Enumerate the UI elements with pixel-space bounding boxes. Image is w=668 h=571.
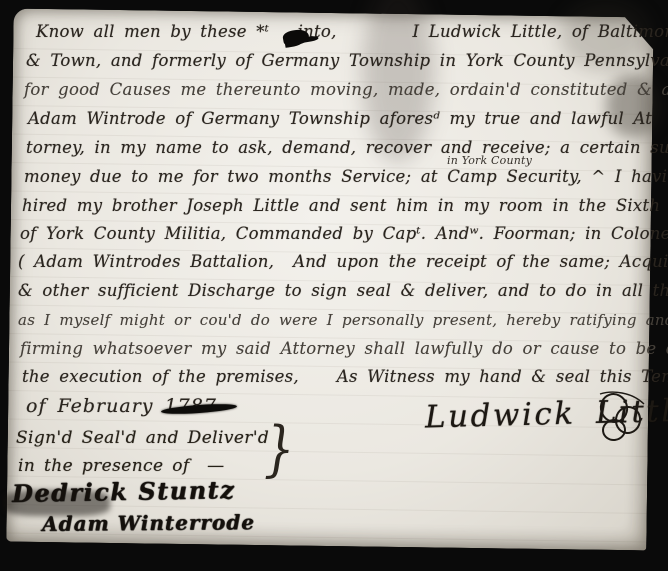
attestation-line: Sign'd Seal'd and Deliver'd: [16, 428, 269, 448]
witness-signature: Adam Winterrode: [42, 510, 255, 536]
manuscript-line: for good Causes me thereunto moving, mad…: [24, 80, 668, 99]
manuscript-line: Know all men by these *ᵗ into, I Ludwick…: [36, 22, 668, 41]
attestation-brace: }: [264, 414, 295, 484]
scanned-document-image: Know all men by these *ᵗ into, I Ludwick…: [0, 0, 668, 571]
manuscript-line: firming whatsoever my said Attorney shal…: [20, 339, 668, 358]
manuscript-line: & other sufficient Discharge to sign sea…: [18, 281, 668, 300]
manuscript-line: Adam Wintrode of Germany Township afores…: [28, 109, 652, 128]
manuscript-line: hired my brother Joseph Little and sent …: [22, 196, 668, 215]
manuscript-line: & Town, and formerly of Germany Township…: [26, 51, 668, 70]
manuscript-ink-layer: Know all men by these *ᵗ into, I Ludwick…: [0, 0, 668, 571]
manuscript-line: ( Adam Wintrodes Battalion, And upon the…: [18, 252, 668, 271]
manuscript-line: as I myself might or cou'd do were I per…: [18, 311, 668, 329]
manuscript-line: of York County Militia, Commanded by Cap…: [20, 224, 668, 243]
witness-signature: Dedrick Stuntz: [12, 475, 236, 508]
manuscript-line: the execution of the premises, As Witnes…: [22, 367, 668, 386]
attestation-line: in the presence of —: [18, 456, 225, 476]
manuscript-line: money due to me for two months Service; …: [24, 167, 668, 186]
manuscript-line: torney, in my name to ask, demand, recov…: [26, 138, 668, 157]
seal-flourish-icon: [592, 390, 650, 450]
interlinear-insertion: in York County: [447, 154, 532, 167]
